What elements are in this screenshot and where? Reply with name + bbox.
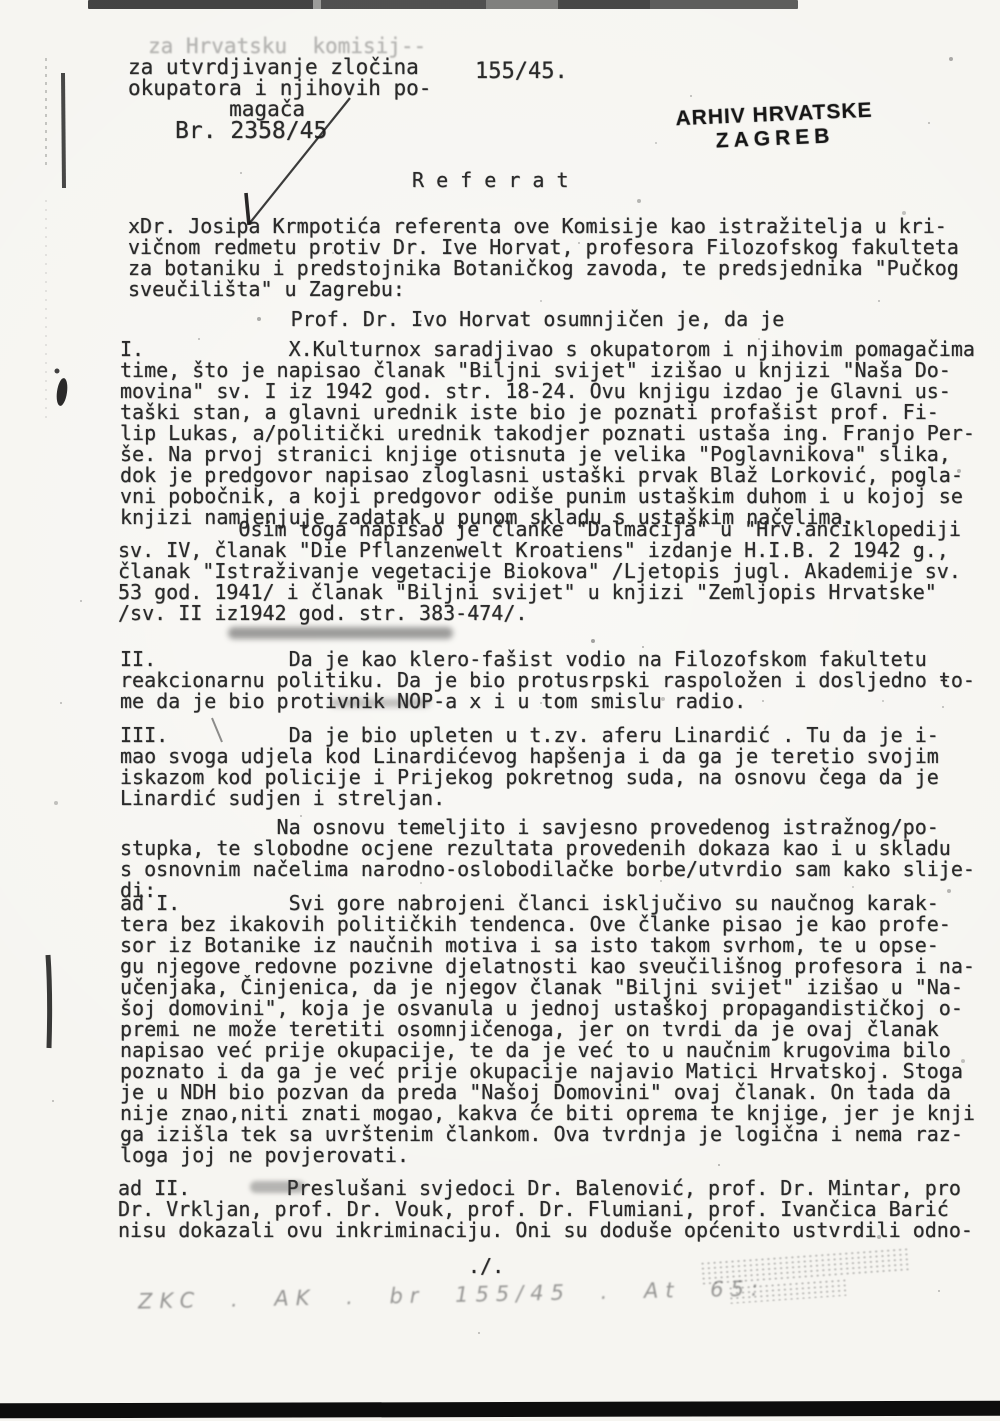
document-title: R e f e r a t — [412, 170, 569, 191]
pen-stroke-margin — [63, 73, 64, 188]
paragraph-ad-I: ad I. Svi gore nabrojeni članci isključi… — [120, 893, 975, 1166]
paragraph-ad-II: ad II. Preslušani svjedoci Dr. Balenović… — [118, 1178, 973, 1241]
paragraph-I-continued: Osim toga napisao je članke "Dalmacija" … — [118, 519, 961, 624]
archive-stamp: ARHIV HRVATSKE ZAGREB — [675, 99, 874, 156]
faded-stamp-line1 — [699, 1247, 910, 1286]
conclusion-intro: Na osnovu temeljito i savjesno provedeno… — [120, 817, 975, 901]
letterhead-organization-faded: za Hrvatsku komisij-- — [148, 36, 426, 57]
paragraph-I: I. X.Kulturnox saradjivao s okupatorom i… — [120, 339, 975, 528]
handwritten-note: ZKC . AK . br 155/45 . At 65: — [138, 1276, 765, 1313]
ink-smudge — [228, 627, 453, 639]
file-number: 155/45. — [475, 61, 568, 82]
scanned-document-page: za Hrvatsku komisij-- za utvrdjivanje zl… — [0, 0, 1000, 1421]
intro-paragraph: xDr. Josipa Krmpotića referenta ove Komi… — [128, 216, 959, 300]
ink-blot — [55, 377, 69, 406]
letterhead: za utvrdjivanje zločina okupatora i njih… — [128, 57, 431, 120]
ink-smudge — [330, 699, 430, 707]
paragraph-III: III. Da je bio upleten u t.zv. aferu Lin… — [120, 725, 939, 809]
scan-artifact-bottom-bar — [0, 1401, 1000, 1419]
paragraph-II: II. Da je kao klero-fašist vodio na Filo… — [120, 649, 975, 712]
subject-line: Prof. Dr. Ivo Horvat osumnjičen je, da j… — [122, 309, 784, 330]
ink-blot — [55, 369, 60, 374]
ink-smudge — [250, 1181, 305, 1193]
speckle-noise — [0, 0, 2, 2]
scan-artifact-top-bar — [88, 0, 798, 9]
continuation-mark: ./. — [468, 1256, 504, 1277]
ink-stroke-margin — [48, 955, 50, 1048]
case-number: Br. 2358/45 — [175, 121, 327, 142]
